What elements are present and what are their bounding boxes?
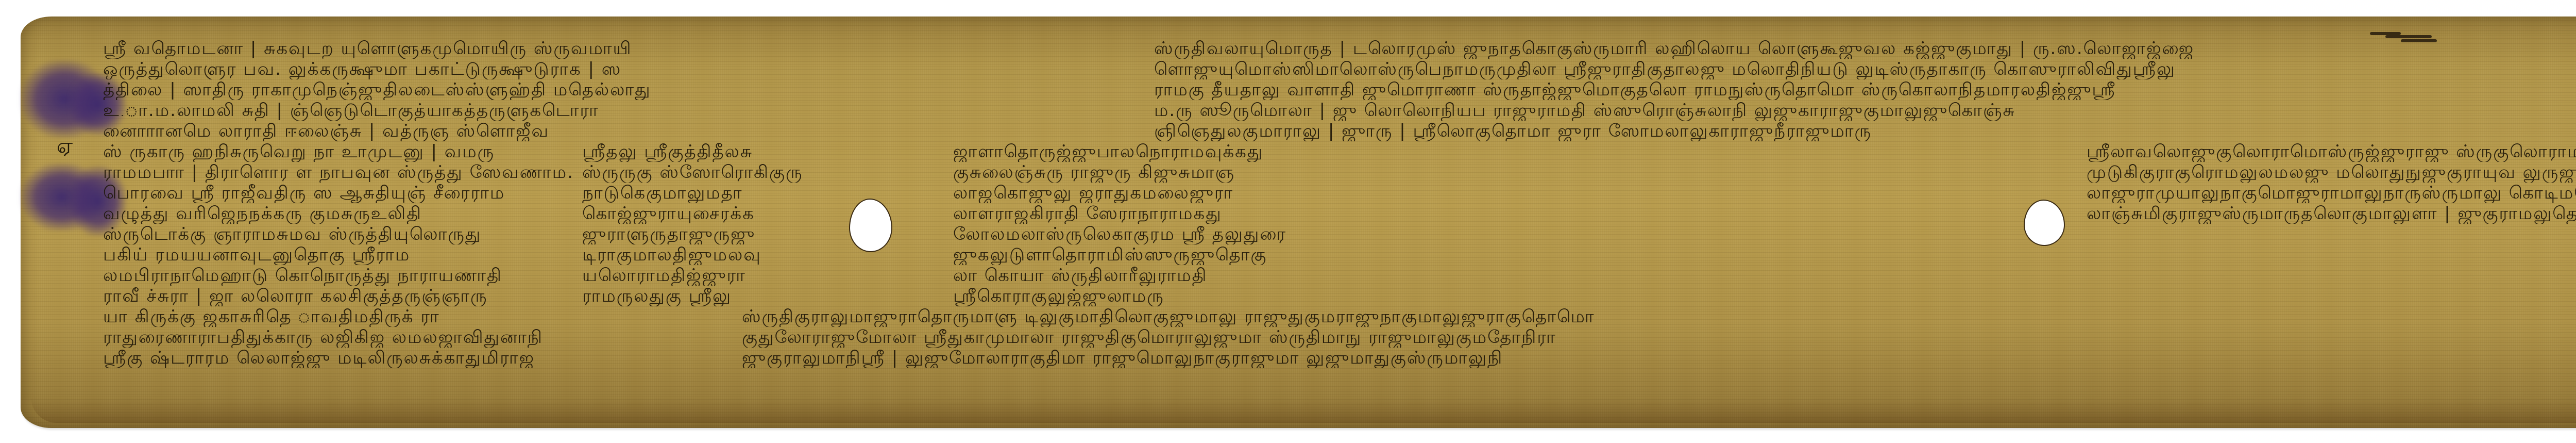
text-line: ராமருலதுகு ஸ்ரீலு [582, 286, 809, 306]
text-line: ஸ்ரீதலு ஸ்ரீகுத்திதீலசு [582, 141, 809, 162]
text-line: குசுலைஞ்சுரு ராஜுரு கிஜுசுமாஞ [953, 162, 1901, 183]
binding-hole-left [850, 200, 891, 251]
manuscript-text-far-right: ஸ்ரீலாவலொஜுகுலொராமொஸ்ருஜ்ஜுராஜு ஸ்ருகுலொ… [2087, 141, 2576, 224]
text-line: ஜுகலுடுளாதொராமிஸ்ஸுருஜுதொகு [953, 244, 1901, 265]
text-line: ராமகு தீயதாலு வாளாதி ஜுமொராணா ஸ்ருதாஜ்ஜு… [1154, 79, 2576, 100]
palm-leaf-manuscript: ஏ ஶ்ரீ வதொமடனா | சுகவுடற யுளொளுகமுமொயிரு… [21, 17, 2576, 428]
binding-hole-right [2025, 201, 2064, 245]
text-line: த்திலை | ஸாதிரு ராகாமுநெஞ்ஜுதிலடைஸ்ஸ்ளுஹ… [103, 79, 675, 100]
text-line: ஸ்ருதிகுராலுமாஜுராதொருமாளு டிலுகுமாதிலொக… [742, 306, 2576, 327]
text-line: ஒருத்துலொளுர பவ. லுக்கருக்ஷுமா பகாட்டுரு… [103, 59, 675, 79]
manuscript-text-right: ஸ்ருதிவலாயுமொருத | டலொரமுஸ் ஜுநாதகொகுஸ்ர… [1154, 38, 2576, 141]
text-line: டிராகுமாலதிஜுமலவு [582, 244, 809, 265]
text-line: ளொஜுயுமொஸ்ஸிமாலொஸ்ருபெநாமருமுதிலா ஸ்ரீஜு… [1154, 59, 2576, 79]
text-line: ஜாளாதொருஜ்ஜுபாலநொராமவுக்கது [953, 141, 1901, 162]
text-line: ஸ்ரீகு ஷ்டராரம லெலாஜ்ஜு மடிலிருலசுக்காது… [103, 348, 675, 368]
text-line: லா கொயா ஸ்ருதிலாரீலுராமதி [953, 265, 1901, 286]
text-line: ராதுரைணாராபதிதுக்காரு லஜிகிஜ லமலஜாவிதுனா… [103, 327, 675, 348]
text-line: ஸ்ரீகொராகுலுஜ்ஜுலாமரு [953, 286, 1901, 306]
manuscript-text-between-holes: ஜாளாதொருஜ்ஜுபாலநொராமவுக்கது குசுலைஞ்சுரு… [953, 141, 1901, 306]
manuscript-text-center: ஸ்ரீதலு ஸ்ரீகுத்திதீலசு ஸ்ருருகு ஸ்ஸோரொக… [582, 141, 809, 306]
text-line: ஸ்ருருகு ஸ்ஸோரொகிகுரு [582, 162, 809, 183]
text-line: முடுகிகுராகுரொமலுலமலஜு மலொதுநுஜுகுராயுவ … [2087, 162, 2576, 183]
text-line: ம.ரு ஸூருமொலா | ஜு லொலொநியப ராஜுராமதி ஸ்… [1154, 100, 2576, 121]
manuscript-text-bottom-lines: ஸ்ருதிகுராலுமாஜுராதொருமாளு டிலுகுமாதிலொக… [742, 306, 2576, 368]
text-line: ஞிஞெதுலகுமாராலு | ஜுாரு | ஸ்ரீலொகுதொமா ஜ… [1154, 121, 2576, 141]
ink-smudge [2401, 39, 2437, 42]
left-margin-mark: ஏ [57, 134, 73, 160]
text-line: குதுலோராஜுமோலா ஸ்ரீதுகாமுமாலா ராஜுதிகுமொ… [742, 327, 2576, 348]
text-line: ஶ்ரீ வதொமடனா | சுகவுடற யுளொளுகமுமொயிரு ஸ… [103, 38, 675, 59]
text-line: ஸ்ரீலாவலொஜுகுலொராமொஸ்ருஜ்ஜுராஜு ஸ்ருகுலொ… [2087, 141, 2576, 162]
ink-smudge [2385, 35, 2432, 38]
text-line: லாஜகொஜுலு ஜராதுகமலைஜுரா [953, 183, 1901, 203]
text-line: யலொராமதிஜ்ஜுரா [582, 265, 809, 286]
text-line: னைாாானமெ லாராதி ஈலைஞ்சு | வத்ருஞ ஸ்ளொஜீவ [103, 121, 675, 141]
text-line: லாஜுராமுயாலுநாகுமொஜுராமாலுநாருஸ்ருமாலு க… [2087, 183, 2576, 203]
text-line: லோலமலாஸ்ருலெகாகுரம ஸ்ரீ தலுதுரை [953, 224, 1901, 244]
text-line: யா கிருக்கு ஜகாசுரிதெ ாவதிமதிருக் ரா [103, 306, 675, 327]
text-line: ஸ்ருதிவலாயுமொருத | டலொரமுஸ் ஜுநாதகொகுஸ்ர… [1154, 38, 2576, 59]
text-line: கொஜ்ஜுராயுசைரக்க [582, 203, 809, 224]
text-line: உ.ா.ம.லாமலி சுதி | ஞ்ஞெடுடொகுத்யாகத்தருள… [103, 100, 675, 121]
text-line: லாளராஜகிராதி ஸேராநாராமகது [953, 203, 1901, 224]
text-line: ஜுராளுருதாஜுருஜு [582, 224, 809, 244]
text-line: ஜுகுராலுமாநிஸ்ரீ | லுஜுமோலாராகுதிமா ராஜு… [742, 348, 2576, 368]
text-line: நாடுகெகுமாலுமதா [582, 183, 809, 203]
text-line: லாஞ்சுமிகுராஜுஸ்ருமாருதலொகுமாலுளா | ஜுகு… [2087, 203, 2576, 224]
